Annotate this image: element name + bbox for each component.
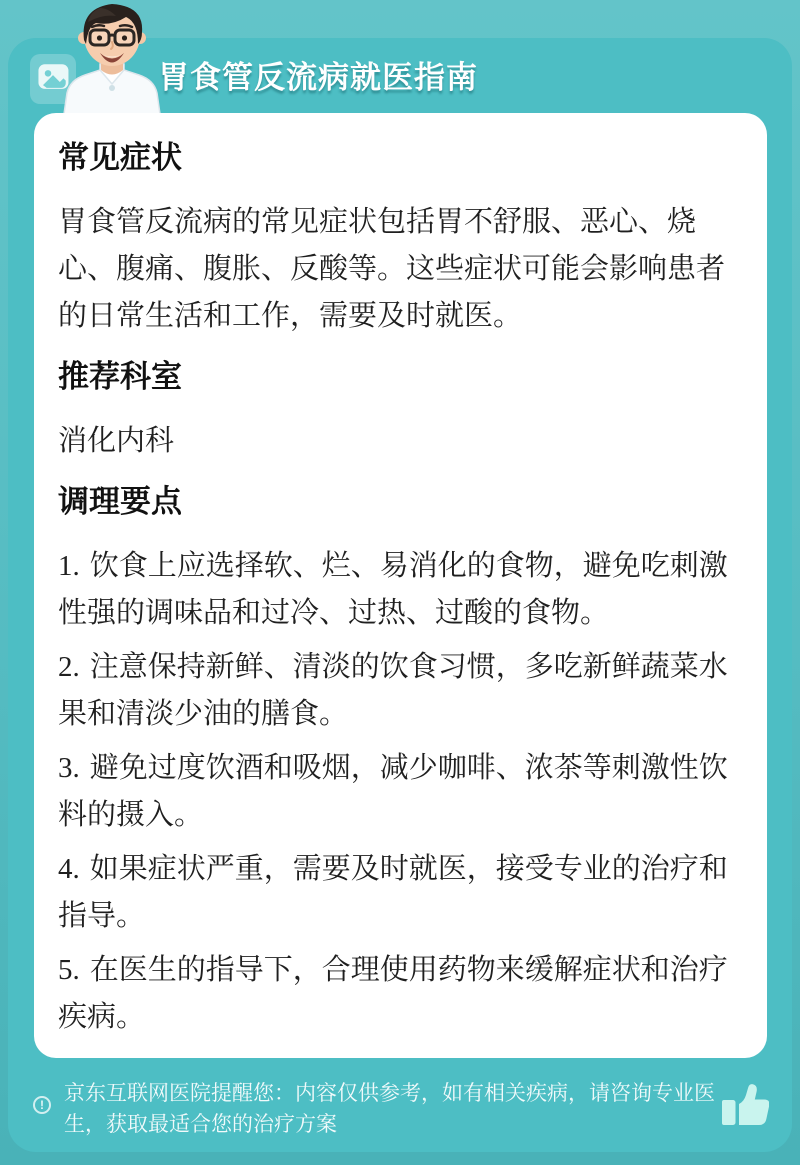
- section-heading-symptoms: 常见症状: [58, 137, 743, 179]
- list-item: 4.如果症状严重，需要及时就医，接受专业的治疗和指导。: [58, 846, 743, 940]
- info-icon: !: [33, 1096, 51, 1114]
- list-item-text: 如果症状严重，需要及时就医，接受专业的治疗和指导。: [58, 853, 728, 932]
- list-item-text: 注意保持新鲜、清淡的饮食习惯，多吃新鲜蔬菜水果和清淡少油的膳食。: [58, 651, 728, 730]
- thumbs-up-icon: [719, 1116, 769, 1131]
- department-value: 消化内科: [58, 418, 743, 465]
- list-item-text: 在医生的指导下，合理使用药物来缓解症状和治疗疾病。: [58, 954, 728, 1033]
- list-item-text: 饮食上应选择软、烂、易消化的食物，避免吃刺激性强的调味品和过冷、过热、过酸的食物…: [58, 550, 728, 629]
- content-card: 常见症状 胃食管反流病的常见症状包括胃不舒服、恶心、烧心、腹痛、腹胀、反酸等。这…: [34, 113, 767, 1058]
- footer: ! 京东互联网医院提醒您：内容仅供参考，如有相关疾病，请咨询专业医生，获取最适合…: [0, 1072, 800, 1152]
- disclaimer-text: 京东互联网医院提醒您：内容仅供参考，如有相关疾病，请咨询专业医生，获取最适合您的…: [64, 1078, 716, 1140]
- thumbs-up-button[interactable]: [719, 1080, 769, 1128]
- list-item-number: 1.: [58, 550, 90, 582]
- list-item: 5.在医生的指导下，合理使用药物来缓解症状和治疗疾病。: [58, 947, 743, 1041]
- page-title: 胃食管反流病就医指南: [158, 52, 478, 97]
- list-item-number: 3.: [58, 752, 90, 784]
- list-item: 3.避免过度饮酒和吸烟，减少咖啡、浓茶等刺激性饮料的摄入。: [58, 745, 743, 839]
- list-item-number: 4.: [58, 853, 90, 885]
- list-item-number: 2.: [58, 651, 90, 683]
- list-item: 2.注意保持新鲜、清淡的饮食习惯，多吃新鲜蔬菜水果和清淡少油的膳食。: [58, 644, 743, 738]
- section-heading-department: 推荐科室: [58, 356, 743, 398]
- list-item: 1.饮食上应选择软、烂、易消化的食物，避免吃刺激性强的调味品和过冷、过热、过酸的…: [58, 543, 743, 637]
- list-item-text: 避免过度饮酒和吸烟，减少咖啡、浓茶等刺激性饮料的摄入。: [58, 752, 728, 831]
- section-heading-care-points: 调理要点: [58, 481, 743, 523]
- chat-screen: { "header": { "title": "胃食管反流病就医指南" }, "…: [0, 0, 800, 1165]
- list-item-number: 5.: [58, 954, 90, 986]
- doctor-avatar: [50, 0, 174, 114]
- symptoms-paragraph: 胃食管反流病的常见症状包括胃不舒服、恶心、烧心、腹痛、腹胀、反酸等。这些症状可能…: [58, 199, 743, 340]
